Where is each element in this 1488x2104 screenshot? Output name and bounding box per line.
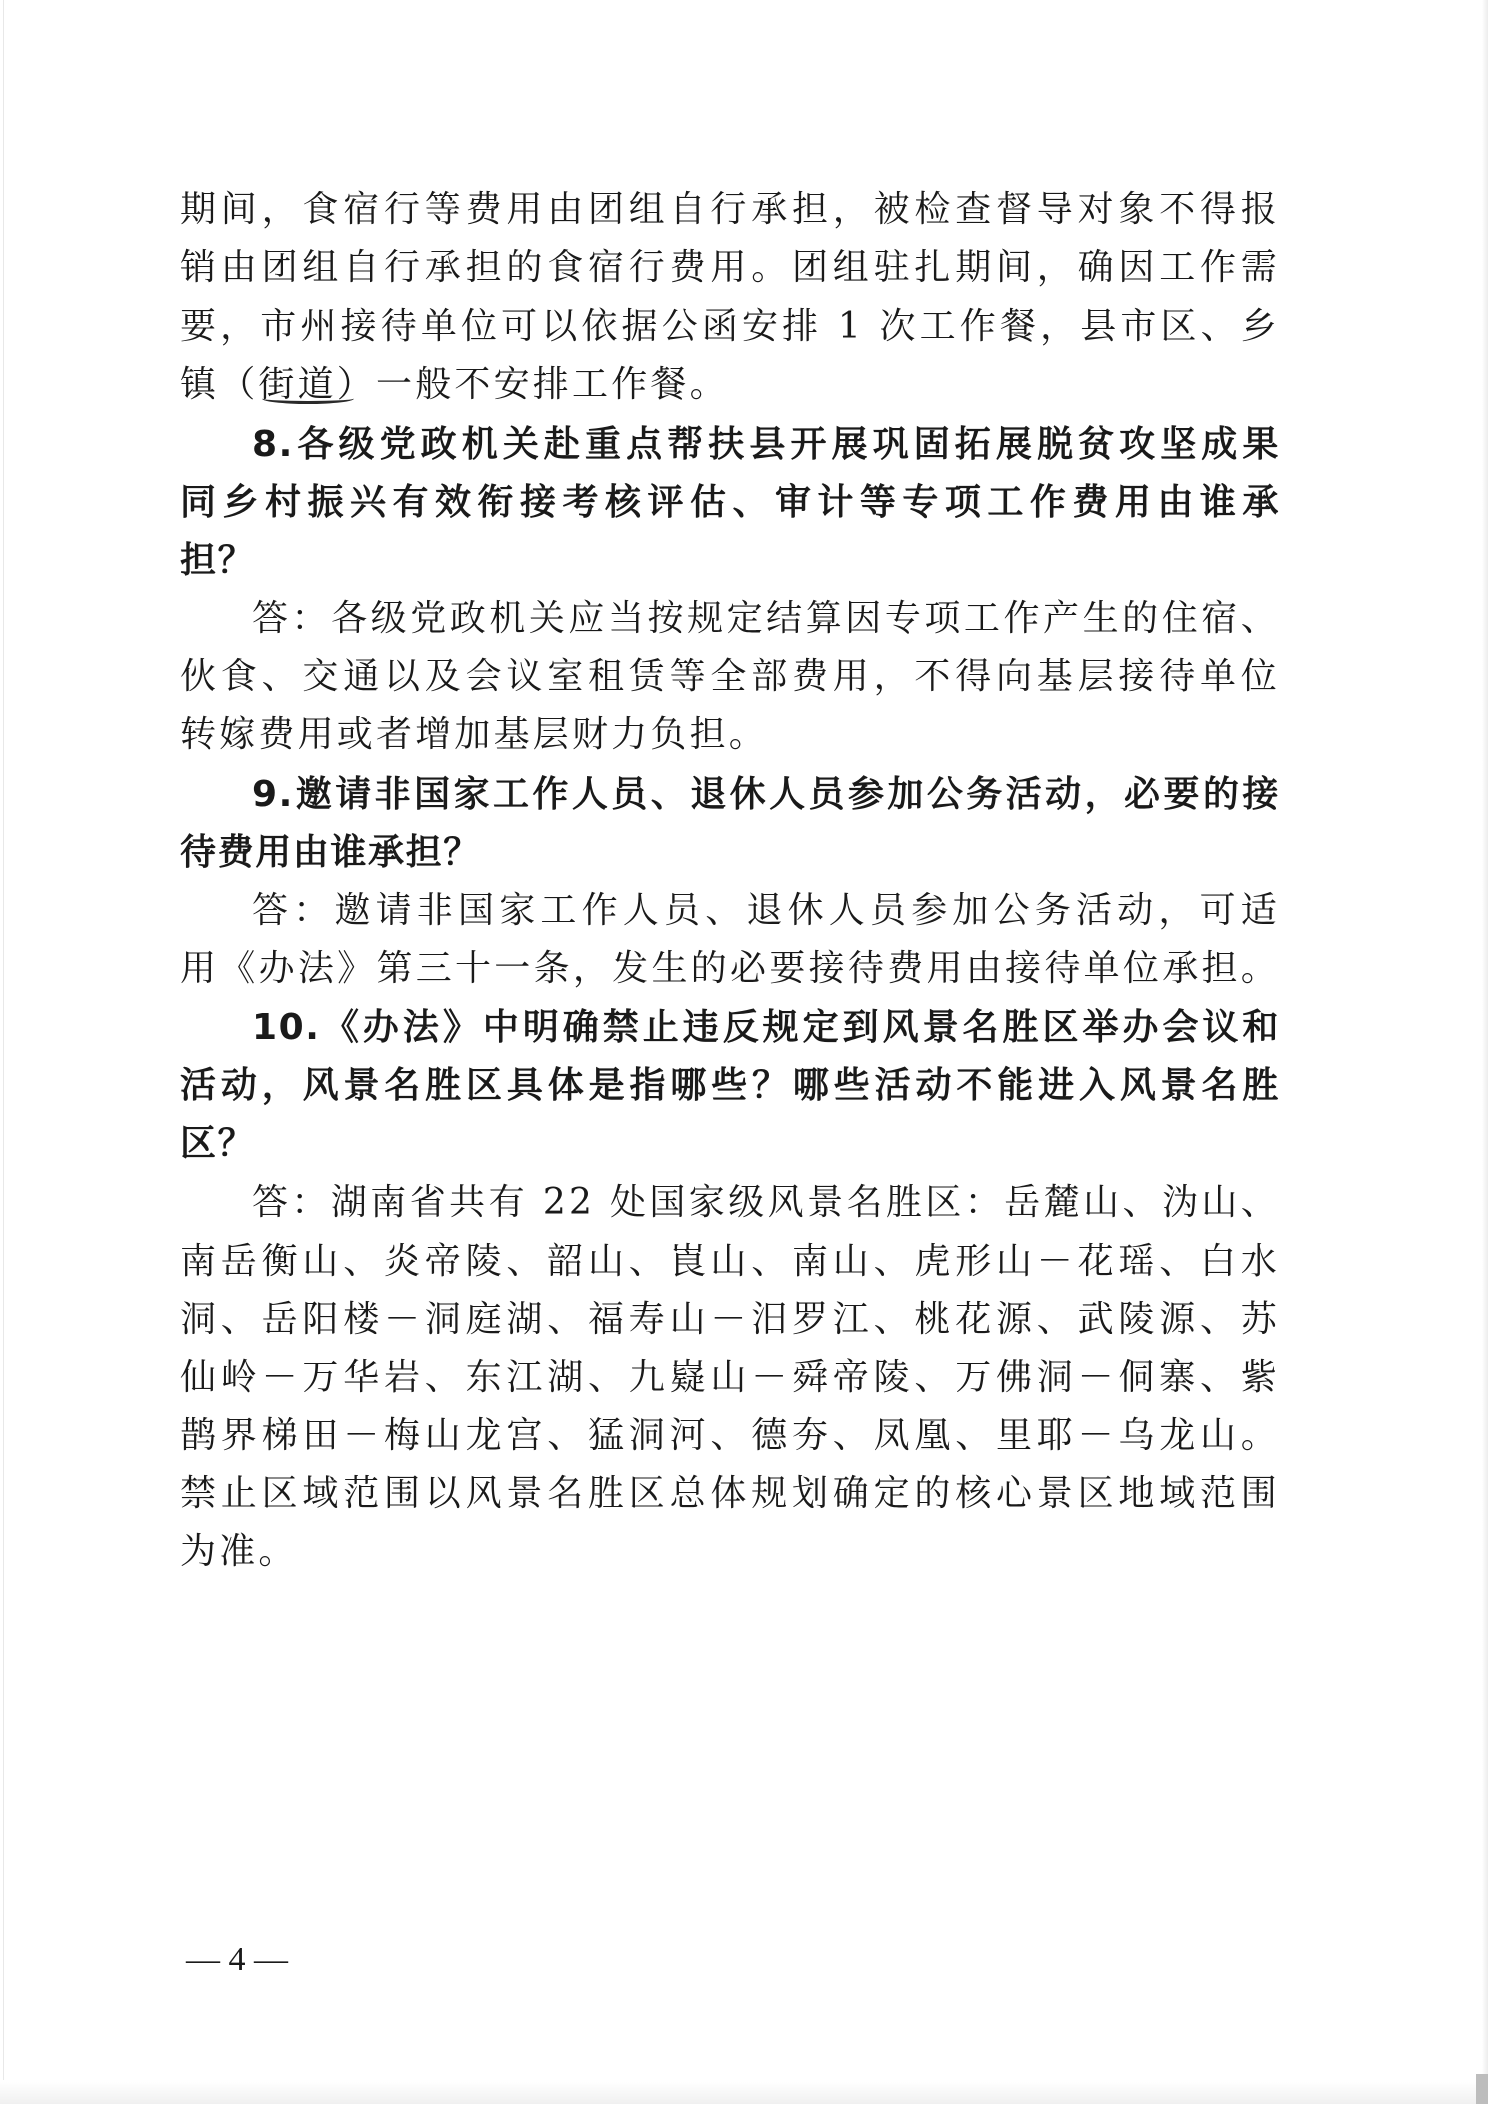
scan-edge-bottom xyxy=(0,2082,1488,2104)
body-line: 销由团组自行承担的食宿行费用。团组驻扎期间，确因工作需 xyxy=(180,243,1280,293)
question-10-heading: 10.《办法》中明确禁止违反规定到风景名胜区举办会议和 xyxy=(180,1003,1280,1053)
answer-10-line: 禁止区域范围以风景名胜区总体规划确定的核心景区地域范围 xyxy=(180,1469,1280,1519)
page-number: — 4 — xyxy=(186,1935,288,1985)
answer-9-line: 用《办法》第三十一条，发生的必要接待费用由接待单位承担。 xyxy=(180,944,1280,994)
question-9-heading: 待费用由谁承担？ xyxy=(180,828,1280,878)
answer-10-line: 洞、岳阳楼－洞庭湖、福寿山－汨罗江、桃花源、武陵源、苏 xyxy=(180,1295,1280,1345)
answer-10-line: 鹊界梯田－梅山龙宫、猛洞河、德夯、凤凰、里耶－乌龙山。 xyxy=(180,1411,1280,1461)
body-line: 要，市州接待单位可以依据公函安排 1 次工作餐，县市区、乡 xyxy=(180,302,1280,352)
scan-edge-left xyxy=(3,0,4,2080)
answer-10-line: 答：湖南省共有 22 处国家级风景名胜区：岳麓山、沩山、 xyxy=(180,1178,1280,1228)
question-10-heading: 活动，风景名胜区具体是指哪些？哪些活动不能进入风景名胜 xyxy=(180,1061,1280,1111)
answer-9-line: 答：邀请非国家工作人员、退休人员参加公务活动，可适 xyxy=(180,886,1280,936)
document-page: 期间，食宿行等费用由团组自行承担，被检查督导对象不得报 销由团组自行承担的食宿行… xyxy=(0,0,1488,2104)
question-10-heading: 区？ xyxy=(180,1119,1280,1169)
answer-10-line: 为准。 xyxy=(180,1527,1280,1577)
answer-10-line: 仙岭－万华岩、东江湖、九嶷山－舜帝陵、万佛洞－侗寨、紫 xyxy=(180,1353,1280,1403)
question-8-heading: 8.各级党政机关赴重点帮扶县开展巩固拓展脱贫攻坚成果 xyxy=(180,420,1280,470)
question-9-heading: 9.邀请非国家工作人员、退休人员参加公务活动，必要的接 xyxy=(180,770,1280,820)
answer-8-line: 转嫁费用或者增加基层财力负担。 xyxy=(180,710,1280,760)
scan-edge-right xyxy=(1482,0,1488,2104)
answer-10-line: 南岳衡山、炎帝陵、韶山、崀山、南山、虎形山－花瑶、白水 xyxy=(180,1237,1280,1287)
answer-8-line: 伙食、交通以及会议室租赁等全部费用，不得向基层接待单位 xyxy=(180,652,1280,702)
body-line: 镇（街道）一般不安排工作餐。 xyxy=(180,360,1280,410)
question-8-heading: 担？ xyxy=(180,536,1280,586)
scan-edge-corner xyxy=(1476,2074,1488,2104)
question-8-heading: 同乡村振兴有效衔接考核评估、审计等专项工作费用由谁承 xyxy=(180,478,1280,528)
answer-8-line: 答：各级党政机关应当按规定结算因专项工作产生的住宿、 xyxy=(180,594,1280,644)
body-line: 期间，食宿行等费用由团组自行承担，被检查督导对象不得报 xyxy=(180,185,1280,235)
